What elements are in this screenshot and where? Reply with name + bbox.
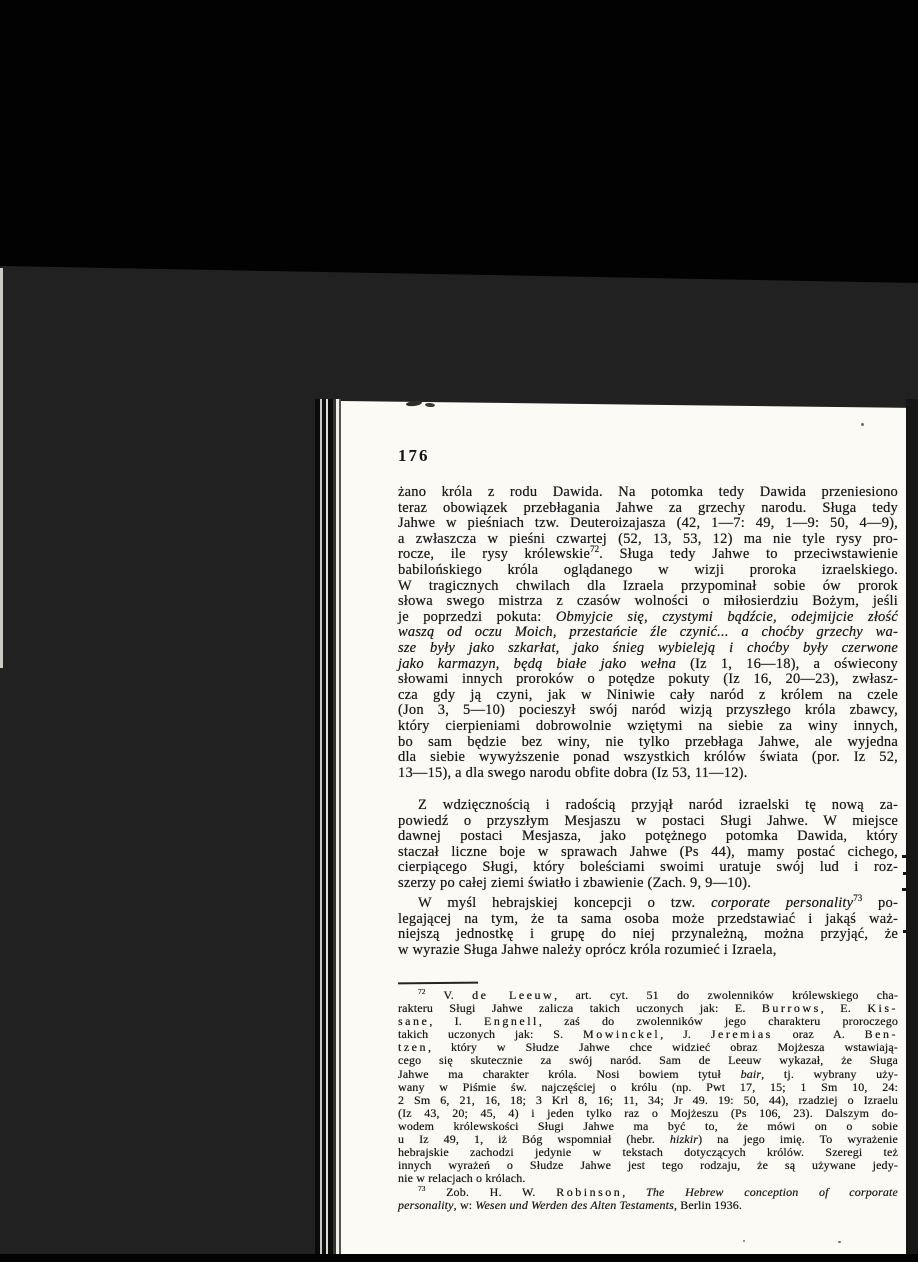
scan-speck (743, 1240, 745, 1242)
text-line: personality, w: Wesen und Werden des Alt… (398, 1199, 898, 1212)
scan-edge-artifact (0, 268, 3, 668)
text-line: rocze, ile rysy królewskie72. Sługa tedy… (398, 547, 898, 563)
text-line: Jahwe w pieśniach tzw. Deuteroizajasza (… (398, 516, 898, 532)
scan-speck (903, 930, 907, 933)
text-line: nie w relacjach o królach. (398, 1172, 898, 1185)
text-line: teraz obowiązek przebłagania Jahwe za gr… (398, 501, 898, 517)
book-page: 176 żano króla z rodu Dawida. Na potomka… (341, 399, 918, 1262)
text-line: W tragicznych chwilach dla Izraela przyp… (398, 579, 898, 595)
text-line: w wyrazie Sługa Jahwe należy oprócz król… (398, 943, 898, 959)
text-line: legającej na tym, że ta sama osoba może … (398, 912, 898, 928)
scan-speck (861, 423, 864, 426)
footnote-73: 73 Zob. H. W. Robinson, The Hebrew conce… (398, 1186, 898, 1212)
scan-black-border-bottom (0, 1254, 918, 1262)
text-line: cza gdy ją czyni, jak w Niniwie cały nar… (398, 688, 898, 704)
text-line: dawnej postaci Mesjasza, jako potężnego … (398, 829, 898, 845)
text-line: W myśl hebrajskiej koncepcji o tzw. corp… (398, 896, 898, 912)
text-line: 13—15), a dla swego narodu obfite dobra … (398, 766, 898, 782)
page-right-edge-shadow (906, 399, 918, 1262)
text-line: sze były jako szkarłat, jako śnieg wybie… (398, 641, 898, 657)
footnote-72: 72 V. de Leeuw, art. cyt. 51 do zwolenni… (398, 989, 898, 1185)
text-line: bo sam będzie bez winy, nie tylko przebł… (398, 735, 898, 751)
text-line: Z wdzięcznością i radością przyjął naród… (398, 798, 898, 814)
text-line: je poprzedzi pokuta: Obmyjcie się, czyst… (398, 610, 898, 626)
scan-black-border-top (0, 0, 918, 284)
text-line: (Jon 3, 5—10) pocieszył swój naród wizją… (398, 703, 898, 719)
text-line: waszą od oczu Moich, przestańcie źle czy… (398, 625, 898, 641)
paragraph-1: żano króla z rodu Dawida. Na potomka ted… (398, 485, 898, 781)
text-line: który cierpieniami dobrowolnie wziętymi … (398, 719, 898, 735)
text-line: żano króla z rodu Dawida. Na potomka ted… (398, 485, 898, 501)
scan-speck (838, 1241, 841, 1243)
gutter-stripe (339, 399, 341, 1262)
paragraph-2: Z wdzięcznością i radością przyjął naród… (398, 798, 898, 892)
scan-speck (902, 888, 907, 891)
text-line: dla siebie wywyższenie ponad wszystkich … (398, 750, 898, 766)
text-line: staczał liczne boje w sprawach Jahwe (Ps… (398, 845, 898, 861)
text-line: powiedź o przyszłym Mesjaszu w postaci S… (398, 814, 898, 830)
book-scan: 176 żano króla z rodu Dawida. Na potomka… (0, 0, 918, 1262)
scan-speck (902, 855, 907, 858)
text-line: cierpiącego Sługi, który boleściami swoi… (398, 860, 898, 876)
footnote-separator-rule (398, 982, 478, 985)
paragraph-3: W myśl hebrajskiej koncepcji o tzw. corp… (398, 896, 898, 958)
scan-speck (903, 872, 907, 875)
text-line: słowami innych proroków o potędze pokuty… (398, 672, 898, 688)
text-line: słowa swego mistrza z czasów wolności o … (398, 594, 898, 610)
page-number: 176 (398, 446, 430, 466)
text-line: babilońskiego króla oglądanego w wizji p… (398, 563, 898, 579)
text-line: jako karmazyn, będą białe jako wełna (Iz… (398, 657, 898, 673)
text-line: niejszą jednostkę i grupę do niej przyna… (398, 927, 898, 943)
text-line: szerzy po całej ziemi światło i zbawieni… (398, 876, 898, 892)
